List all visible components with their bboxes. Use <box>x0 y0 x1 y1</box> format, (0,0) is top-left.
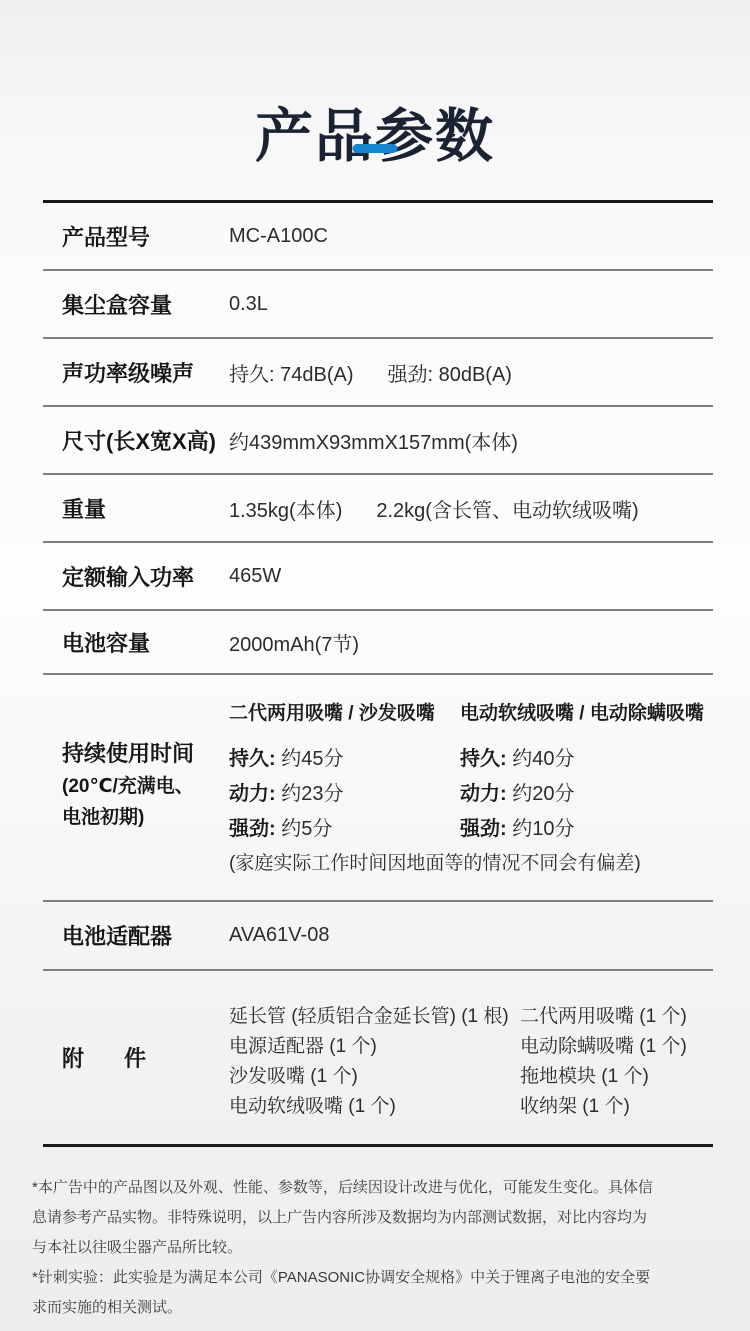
row-label: 集尘盒容量 <box>43 289 229 320</box>
accessories-column-1: 延长管 (轻质铝合金延长管) (1 根) 电源适配器 (1 个) 沙发吸嘴 (1… <box>229 1002 520 1144</box>
row-values: 持久: 74dB(A) 强劲: 80dB(A) <box>229 358 512 387</box>
runtime-mode: 持久: <box>229 742 281 771</box>
runtime-mode: 动力: <box>460 777 512 806</box>
runtime-line: 强劲: 约10分 <box>460 809 704 844</box>
row-value: AVA61V-08 <box>229 924 329 947</box>
accessory-item: 拖地模块 (1 个) <box>520 1062 687 1092</box>
runtime-value: 约40分 <box>512 742 574 771</box>
row-value: 持久: 74dB(A) <box>229 358 353 387</box>
footer-paragraph-1: *本广告中的产品图以及外观、性能、参数等，后续因设计改进与优化，可能发生变化。具… <box>32 1173 660 1263</box>
accessory-item: 电源适配器 (1 个) <box>229 1032 520 1062</box>
runtime-line: 持久: 约45分 <box>229 739 460 774</box>
accessories-label-block: 附 件 <box>43 971 229 1144</box>
spec-table: 产品型号 MC-A100C 集尘盒容量 0.3L 声功率级噪声 持久: 74dB… <box>43 200 713 1147</box>
row-value: 约439mmX93mmX157mm(本体) <box>229 426 518 455</box>
row-value: 2000mAh(7节) <box>229 628 359 657</box>
table-row-battery-adapter: 电池适配器 AVA61V-08 <box>43 902 713 971</box>
row-values: MC-A100C <box>229 225 328 248</box>
table-row-model: 产品型号 MC-A100C <box>43 203 713 271</box>
runtime-line: 动力: 约20分 <box>460 774 704 809</box>
runtime-label: 持续使用时间 <box>62 737 229 771</box>
table-row-accessories: 附 件 延长管 (轻质铝合金延长管) (1 根) 电源适配器 (1 个) 沙发吸… <box>43 971 713 1144</box>
runtime-line: 持久: 约40分 <box>460 739 704 774</box>
runtime-value: 约20分 <box>512 777 574 806</box>
runtime-mode: 强劲: <box>460 812 512 841</box>
table-row-rated-power: 定额输入功率 465W <box>43 543 713 611</box>
accessories-label-char: 件 <box>124 1042 146 1073</box>
page-title: 产品参数 <box>0 89 750 173</box>
footer-paragraph-2: *针刺实验：此实验是为满足本公司《PANASONIC协调安全规格》中关于锂离子电… <box>32 1263 660 1323</box>
runtime-column-standard-nozzles: 二代两用吸嘴 / 沙发吸嘴 持久: 约45分 动力: 约23分 强劲: 约5分 <box>229 701 460 844</box>
runtime-value: 约5分 <box>281 812 332 841</box>
accessories-column-2: 二代两用吸嘴 (1 个) 电动除螨吸嘴 (1 个) 拖地模块 (1 个) 收纳架… <box>520 1002 687 1144</box>
row-values: AVA61V-08 <box>229 924 329 947</box>
runtime-value: 约10分 <box>512 812 574 841</box>
table-row-weight: 重量 1.35kg(本体) 2.2kg(含长管、电动软绒吸嘴) <box>43 475 713 543</box>
accessory-item: 延长管 (轻质铝合金延长管) (1 根) <box>229 1002 520 1032</box>
row-label: 声功率级噪声 <box>43 357 229 388</box>
runtime-label-note-line1: (20℃/充满电、 <box>62 771 229 802</box>
row-value: 强劲: 80dB(A) <box>387 358 511 387</box>
row-values: 2000mAh(7节) <box>229 628 359 657</box>
table-row-dimensions: 尺寸(长X宽X高) 约439mmX93mmX157mm(本体) <box>43 407 713 475</box>
runtime-value: 约45分 <box>281 742 343 771</box>
row-label: 定额输入功率 <box>43 561 229 592</box>
row-value: 465W <box>229 565 281 588</box>
row-label: 尺寸(长X宽X高) <box>43 425 229 456</box>
row-values: 1.35kg(本体) 2.2kg(含长管、电动软绒吸嘴) <box>229 494 639 523</box>
runtime-column-powered-nozzles: 电动软绒吸嘴 / 电动除螨吸嘴 持久: 约40分 动力: 约20分 强劲: 约1… <box>460 701 704 844</box>
table-row-runtime: 持续使用时间 (20℃/充满电、 电池初期) 二代两用吸嘴 / 沙发吸嘴 持久:… <box>43 675 713 902</box>
accessory-item: 二代两用吸嘴 (1 个) <box>520 1002 687 1032</box>
title-accent-dash <box>353 144 398 153</box>
runtime-line: 强劲: 约5分 <box>229 809 460 844</box>
table-row-battery-capacity: 电池容量 2000mAh(7节) <box>43 611 713 675</box>
row-label: 电池容量 <box>43 627 229 658</box>
runtime-label-note-line2: 电池初期) <box>62 802 229 833</box>
runtime-grid: 二代两用吸嘴 / 沙发吸嘴 持久: 约45分 动力: 约23分 强劲: 约5分 … <box>229 701 704 844</box>
accessory-item: 沙发吸嘴 (1 个) <box>229 1062 520 1092</box>
row-label: 产品型号 <box>43 221 229 252</box>
runtime-label-block: 持续使用时间 (20℃/充满电、 电池初期) <box>43 675 229 900</box>
runtime-value: 约23分 <box>281 777 343 806</box>
row-value: MC-A100C <box>229 225 328 248</box>
row-values: 0.3L <box>229 293 268 316</box>
accessories-label: 附 件 <box>62 1042 146 1073</box>
row-value: 2.2kg(含长管、电动软绒吸嘴) <box>376 494 638 523</box>
table-row-noise-level: 声功率级噪声 持久: 74dB(A) 强劲: 80dB(A) <box>43 339 713 407</box>
accessory-item: 电动除螨吸嘴 (1 个) <box>520 1032 687 1062</box>
accessories-content: 延长管 (轻质铝合金延长管) (1 根) 电源适配器 (1 个) 沙发吸嘴 (1… <box>229 971 687 1144</box>
row-value: 1.35kg(本体) <box>229 494 342 523</box>
table-row-dustbox-capacity: 集尘盒容量 0.3L <box>43 271 713 339</box>
row-values: 约439mmX93mmX157mm(本体) <box>229 426 518 455</box>
runtime-line: 动力: 约23分 <box>229 774 460 809</box>
row-label: 电池适配器 <box>43 920 229 951</box>
runtime-mode: 持久: <box>460 742 512 771</box>
runtime-disclaimer: (家庭实际工作时间因地面等的情况不同会有偏差) <box>229 851 704 876</box>
accessory-item: 电动软绒吸嘴 (1 个) <box>229 1092 520 1122</box>
runtime-content: 二代两用吸嘴 / 沙发吸嘴 持久: 约45分 动力: 约23分 强劲: 约5分 … <box>229 675 704 900</box>
accessory-item: 收纳架 (1 个) <box>520 1092 687 1122</box>
runtime-mode: 强劲: <box>229 812 281 841</box>
row-label: 重量 <box>43 493 229 524</box>
row-values: 465W <box>229 565 281 588</box>
row-value: 0.3L <box>229 293 268 316</box>
runtime-mode: 动力: <box>229 777 281 806</box>
accessories-label-char: 附 <box>62 1042 84 1073</box>
runtime-column-header: 二代两用吸嘴 / 沙发吸嘴 <box>229 701 460 727</box>
footer-disclaimer: *本广告中的产品图以及外观、性能、参数等，后续因设计改进与优化，可能发生变化。具… <box>32 1173 660 1323</box>
runtime-column-header: 电动软绒吸嘴 / 电动除螨吸嘴 <box>460 701 704 727</box>
